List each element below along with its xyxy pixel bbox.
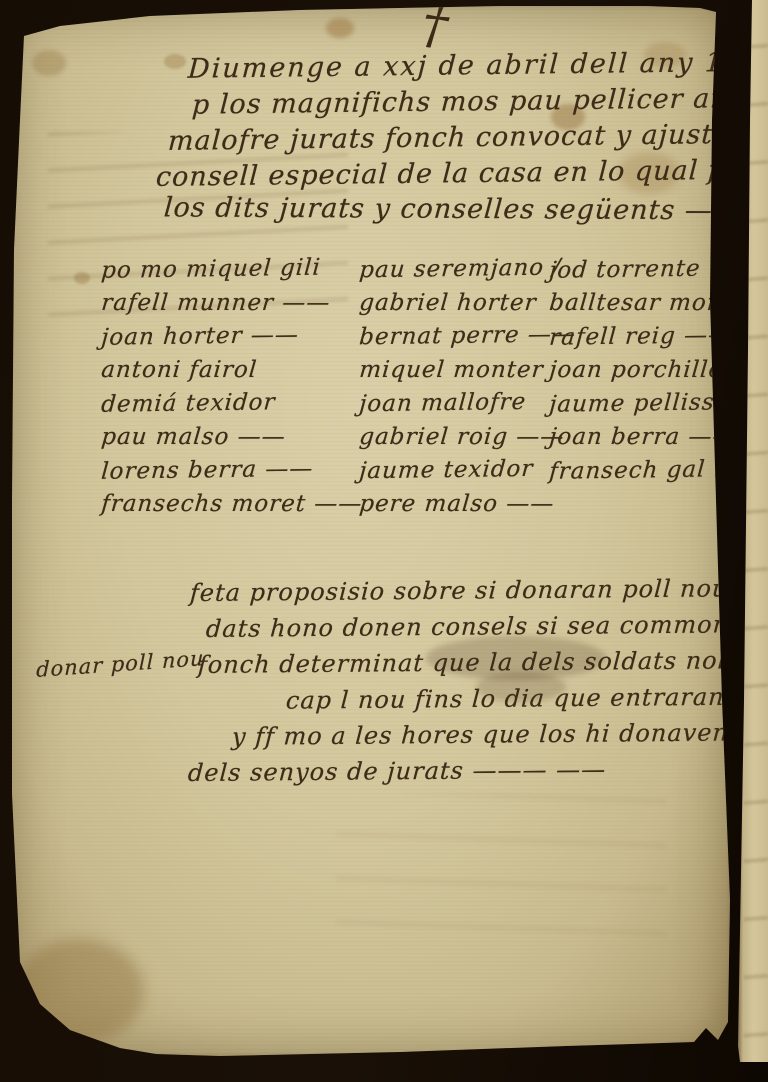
councillor-name: joan porchilles (548, 357, 768, 391)
councillor-name: po mo miquel gili (100, 254, 352, 291)
councillor-name: lorens berra —— (100, 455, 352, 492)
stain (326, 18, 354, 38)
name-column-1: po mo miquel gili rafell munner —— joan … (101, 256, 351, 524)
resolution-line: dels senyos de jurats ——— —— (187, 749, 768, 791)
councillor-name: joan mallofre (358, 389, 545, 425)
councillor-name: fransech gal menor (548, 455, 768, 492)
councillor-name: antoni fairol (100, 357, 353, 391)
councillor-name: jod torrente (548, 254, 768, 291)
councillor-name: demiá texidor (100, 388, 352, 425)
resolution-paragraph: feta proposisio sobre si donaran poll no… (154, 572, 768, 788)
next-page-edge (736, 0, 768, 1062)
councillor-name: fransechs moret —— (100, 491, 353, 525)
councillor-name: gabriel horter (358, 290, 546, 324)
stain (32, 50, 66, 76)
manuscript-page: 16 † Diumenge a xxj de abril dell any 15… (6, 4, 732, 1058)
name-column-3: jod torrente balltesar morera rafell rei… (549, 256, 768, 491)
councillor-name: bernat perre —— (358, 322, 545, 358)
councillor-name: balltesar morera (548, 290, 768, 324)
resolution-line: cap l nou fins lo dia que entraran ho se… (285, 677, 768, 718)
councillor-name: rafell munner —— (100, 290, 353, 324)
resolution-line: dats hono donen consels si sea commonara… (205, 605, 768, 647)
councillor-name: pau malso —— (100, 424, 353, 458)
heading-line: consell especial de la casa en lo qual f… (155, 152, 768, 196)
councillor-name: pau seremjano / (358, 255, 545, 291)
photograph-backdrop: 16 † Diumenge a xxj de abril dell any 15… (0, 0, 768, 1082)
heading-paragraph: Diumenge a xxj de abril dell any 1577 p … (154, 48, 768, 228)
heading-line: los dits jurats y conselles següents ———… (163, 190, 768, 229)
councillor-name: jaume pellisser (548, 388, 768, 425)
councillor-name: joan horter —— (100, 321, 352, 358)
councillor-name: pere malso —— (358, 491, 546, 525)
showthrough-text (336, 794, 666, 944)
councillor-name: gabriel roig —— (358, 424, 546, 458)
resolution-line: y ff mo a les hores que los hi donaven a… (231, 713, 768, 755)
next-page-showthrough (744, 0, 768, 1062)
councillor-name: jaume texidor (358, 456, 545, 492)
folio-number: 16 (31, 8, 56, 31)
councillor-name: rafell reig —— (548, 321, 768, 358)
corner-stain (14, 939, 144, 1044)
resolution-line: feta proposisio sobre si donaran poll no… (189, 569, 768, 611)
stain (74, 272, 90, 284)
name-column-2: pau seremjano / gabriel horter bernat pe… (359, 256, 544, 524)
resolution-line: fonch determinat que la dels soldats nol… (197, 641, 768, 683)
councillor-name: miquel monter (358, 357, 546, 391)
councillor-name: joan berra —— (548, 424, 768, 458)
